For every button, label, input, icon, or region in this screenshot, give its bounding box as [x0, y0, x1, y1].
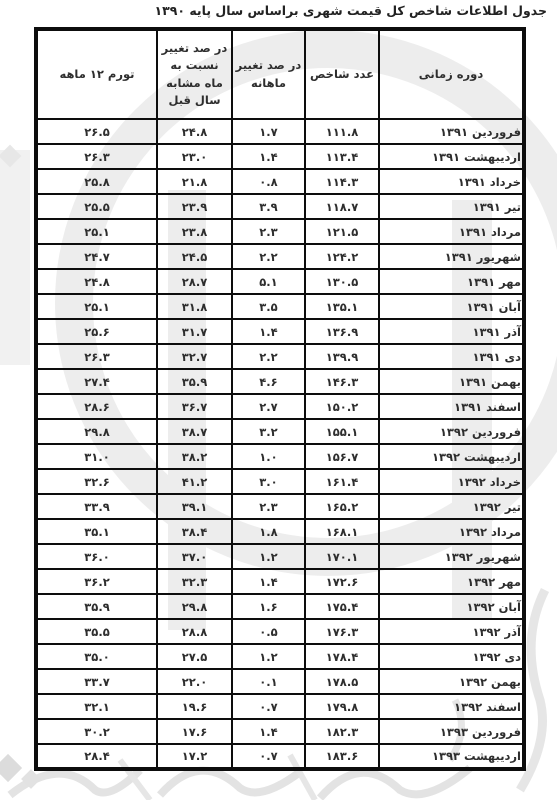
cell-yoy: ۲۸.۸ [157, 619, 232, 644]
header-index: عدد شاخص [305, 29, 379, 119]
cell-period: تیر ۱۳۹۲ [379, 494, 524, 519]
cell-index: ۱۱۱.۸ [305, 119, 379, 144]
cell-infl: ۲۵.۶ [36, 319, 157, 344]
cell-yoy: ۳۱.۸ [157, 294, 232, 319]
cell-monthly: ۳.۹ [232, 194, 305, 219]
table-row: مرداد ۱۳۹۱۱۲۱.۵۲.۳۲۳.۸۲۵.۱ [36, 219, 524, 244]
cell-index: ۱۷۲.۶ [305, 569, 379, 594]
cell-monthly: ۱.۸ [232, 519, 305, 544]
cell-infl: ۲۸.۴ [36, 744, 157, 769]
table-row: تیر ۱۳۹۲۱۶۵.۲۲.۳۳۹.۱۳۳.۹ [36, 494, 524, 519]
header-monthly-change: در صد تغییر ماهانه [232, 29, 305, 119]
table-row: فروردین ۱۳۹۳۱۸۲.۳۱.۴۱۷.۶۳۰.۲ [36, 719, 524, 744]
cell-infl: ۳۵.۱ [36, 519, 157, 544]
cell-monthly: ۳.۲ [232, 419, 305, 444]
cell-monthly: ۴.۶ [232, 369, 305, 394]
cell-yoy: ۲۳.۸ [157, 219, 232, 244]
cell-monthly: ۲.۲ [232, 244, 305, 269]
document-page: جدول اطلاعات شاخص کل قیمت شهری براساس سا… [0, 0, 557, 800]
table-row: دی ۱۳۹۲۱۷۸.۴۱.۲۲۷.۵۳۵.۰ [36, 644, 524, 669]
cell-index: ۱۷۶.۳ [305, 619, 379, 644]
table-row: آبان ۱۳۹۱۱۳۵.۱۳.۵۳۱.۸۲۵.۱ [36, 294, 524, 319]
cell-infl: ۲۶.۳ [36, 344, 157, 369]
cell-infl: ۳۲.۶ [36, 469, 157, 494]
cell-index: ۱۵۶.۷ [305, 444, 379, 469]
cell-index: ۱۶۵.۲ [305, 494, 379, 519]
table-row: خرداد ۱۳۹۱۱۱۴.۳۰.۸۲۱.۸۲۵.۸ [36, 169, 524, 194]
cell-yoy: ۳۶.۷ [157, 394, 232, 419]
table-row: مهر ۱۳۹۲۱۷۲.۶۱.۴۳۲.۳۳۶.۲ [36, 569, 524, 594]
cell-period: مهر ۱۳۹۱ [379, 269, 524, 294]
cell-index: ۱۵۵.۱ [305, 419, 379, 444]
cell-period: آبان ۱۳۹۱ [379, 294, 524, 319]
cell-yoy: ۲۳.۰ [157, 144, 232, 169]
cell-index: ۱۷۹.۸ [305, 694, 379, 719]
cell-yoy: ۳۵.۹ [157, 369, 232, 394]
table-row: بهمن ۱۳۹۲۱۷۸.۵۰.۱۲۲.۰۳۳.۷ [36, 669, 524, 694]
cell-period: اردیبهشت ۱۳۹۲ [379, 444, 524, 469]
cell-yoy: ۲۴.۸ [157, 119, 232, 144]
cell-index: ۱۵۰.۲ [305, 394, 379, 419]
cell-period: مرداد ۱۳۹۱ [379, 219, 524, 244]
cell-infl: ۳۲.۱ [36, 694, 157, 719]
cell-period: شهریور ۱۳۹۱ [379, 244, 524, 269]
table-row: شهریور ۱۳۹۲۱۷۰.۱۱.۲۳۷.۰۳۶.۰ [36, 544, 524, 569]
table-row: تیر ۱۳۹۱۱۱۸.۷۳.۹۲۳.۹۲۵.۵ [36, 194, 524, 219]
cell-yoy: ۲۴.۵ [157, 244, 232, 269]
table-row: دی ۱۳۹۱۱۳۹.۹۲.۲۳۲.۷۲۶.۳ [36, 344, 524, 369]
watermark-band [0, 150, 30, 365]
cell-infl: ۲۴.۸ [36, 269, 157, 294]
cell-index: ۱۶۸.۱ [305, 519, 379, 544]
cell-period: خرداد ۱۳۹۱ [379, 169, 524, 194]
cell-period: آبان ۱۳۹۲ [379, 594, 524, 619]
cell-monthly: ۲.۳ [232, 494, 305, 519]
table-row: اسفند ۱۳۹۲۱۷۹.۸۰.۷۱۹.۶۳۲.۱ [36, 694, 524, 719]
cell-index: ۱۷۰.۱ [305, 544, 379, 569]
cell-yoy: ۳۹.۱ [157, 494, 232, 519]
cell-period: مهر ۱۳۹۲ [379, 569, 524, 594]
table-row: اردیبهشت ۱۳۹۱۱۱۳.۴۱.۴۲۳.۰۲۶.۳ [36, 144, 524, 169]
table-row: اسفند ۱۳۹۱۱۵۰.۲۲.۷۳۶.۷۲۸.۶ [36, 394, 524, 419]
cell-yoy: ۲۹.۸ [157, 594, 232, 619]
cell-infl: ۳۶.۰ [36, 544, 157, 569]
table-row: بهمن ۱۳۹۱۱۴۶.۳۴.۶۳۵.۹۲۷.۴ [36, 369, 524, 394]
cell-yoy: ۲۸.۷ [157, 269, 232, 294]
cell-index: ۱۳۰.۵ [305, 269, 379, 294]
cell-monthly: ۰.۷ [232, 744, 305, 769]
cell-infl: ۲۸.۶ [36, 394, 157, 419]
cell-yoy: ۱۷.۶ [157, 719, 232, 744]
cell-monthly: ۲.۷ [232, 394, 305, 419]
table-row: فروردین ۱۳۹۱۱۱۱.۸۱.۷۲۴.۸۲۶.۵ [36, 119, 524, 144]
cell-monthly: ۲.۳ [232, 219, 305, 244]
table-row: فروردین ۱۳۹۲۱۵۵.۱۳.۲۳۸.۷۲۹.۸ [36, 419, 524, 444]
cell-infl: ۲۵.۱ [36, 294, 157, 319]
cell-yoy: ۳۱.۷ [157, 319, 232, 344]
table-row: مرداد ۱۳۹۲۱۶۸.۱۱.۸۳۸.۴۳۵.۱ [36, 519, 524, 544]
cell-yoy: ۲۷.۵ [157, 644, 232, 669]
cell-index: ۱۸۲.۳ [305, 719, 379, 744]
cell-period: شهریور ۱۳۹۲ [379, 544, 524, 569]
cell-index: ۱۴۶.۳ [305, 369, 379, 394]
cell-period: آذر ۱۳۹۱ [379, 319, 524, 344]
table-body: فروردین ۱۳۹۱۱۱۱.۸۱.۷۲۴.۸۲۶.۵اردیبهشت ۱۳۹… [36, 119, 524, 769]
table-row: شهریور ۱۳۹۱۱۲۴.۲۲.۲۲۴.۵۲۴.۷ [36, 244, 524, 269]
cell-period: بهمن ۱۳۹۱ [379, 369, 524, 394]
cell-period: دی ۱۳۹۱ [379, 344, 524, 369]
cell-monthly: ۰.۱ [232, 669, 305, 694]
cell-monthly: ۳.۵ [232, 294, 305, 319]
price-index-table: دوره زمانی عدد شاخص در صد تغییر ماهانه د… [34, 27, 526, 771]
cell-infl: ۳۶.۲ [36, 569, 157, 594]
cell-infl: ۳۱.۰ [36, 444, 157, 469]
cell-monthly: ۱.۴ [232, 719, 305, 744]
cell-period: اسفند ۱۳۹۲ [379, 694, 524, 719]
table-row: مهر ۱۳۹۱۱۳۰.۵۵.۱۲۸.۷۲۴.۸ [36, 269, 524, 294]
cell-monthly: ۱.۶ [232, 594, 305, 619]
cell-yoy: ۳۸.۷ [157, 419, 232, 444]
table-header-row: دوره زمانی عدد شاخص در صد تغییر ماهانه د… [36, 29, 524, 119]
cell-monthly: ۰.۵ [232, 619, 305, 644]
table-row: آبان ۱۳۹۲۱۷۵.۴۱.۶۲۹.۸۳۵.۹ [36, 594, 524, 619]
cell-infl: ۲۴.۷ [36, 244, 157, 269]
cell-period: اردیبهشت ۱۳۹۳ [379, 744, 524, 769]
cell-yoy: ۱۷.۲ [157, 744, 232, 769]
cell-index: ۱۶۱.۴ [305, 469, 379, 494]
header-yoy-change: در صد تغییر نسبت به ماه مشابه سال قبل [157, 29, 232, 119]
cell-period: اسفند ۱۳۹۱ [379, 394, 524, 419]
cell-yoy: ۳۲.۳ [157, 569, 232, 594]
cell-yoy: ۴۱.۲ [157, 469, 232, 494]
cell-infl: ۳۵.۰ [36, 644, 157, 669]
cell-infl: ۲۵.۱ [36, 219, 157, 244]
cell-yoy: ۱۹.۶ [157, 694, 232, 719]
table-row: اردیبهشت ۱۳۹۲۱۵۶.۷۱.۰۳۸.۲۳۱.۰ [36, 444, 524, 469]
cell-index: ۱۱۴.۳ [305, 169, 379, 194]
page-title: جدول اطلاعات شاخص کل قیمت شهری براساس سا… [154, 3, 547, 18]
cell-infl: ۳۳.۹ [36, 494, 157, 519]
cell-index: ۱۱۸.۷ [305, 194, 379, 219]
cell-period: فروردین ۱۳۹۱ [379, 119, 524, 144]
cell-index: ۱۷۵.۴ [305, 594, 379, 619]
cell-period: فروردین ۱۳۹۳ [379, 719, 524, 744]
cell-period: تیر ۱۳۹۱ [379, 194, 524, 219]
cell-index: ۱۷۸.۴ [305, 644, 379, 669]
cell-period: آذر ۱۳۹۲ [379, 619, 524, 644]
cell-index: ۱۱۳.۴ [305, 144, 379, 169]
table-row: خرداد ۱۳۹۲۱۶۱.۴۳.۰۴۱.۲۳۲.۶ [36, 469, 524, 494]
cell-index: ۱۳۹.۹ [305, 344, 379, 369]
cell-infl: ۲۹.۸ [36, 419, 157, 444]
header-period: دوره زمانی [379, 29, 524, 119]
cell-monthly: ۱.۲ [232, 644, 305, 669]
cell-monthly: ۱.۲ [232, 544, 305, 569]
cell-yoy: ۳۷.۰ [157, 544, 232, 569]
cell-period: بهمن ۱۳۹۲ [379, 669, 524, 694]
cell-monthly: ۱.۷ [232, 119, 305, 144]
cell-infl: ۳۳.۷ [36, 669, 157, 694]
table-row: آذر ۱۳۹۱۱۳۶.۹۱.۴۳۱.۷۲۵.۶ [36, 319, 524, 344]
cell-period: مرداد ۱۳۹۲ [379, 519, 524, 544]
table-row: آذر ۱۳۹۲۱۷۶.۳۰.۵۲۸.۸۳۵.۵ [36, 619, 524, 644]
cell-yoy: ۲۱.۸ [157, 169, 232, 194]
cell-index: ۱۷۸.۵ [305, 669, 379, 694]
cell-yoy: ۲۳.۹ [157, 194, 232, 219]
cell-period: فروردین ۱۳۹۲ [379, 419, 524, 444]
cell-index: ۱۲۱.۵ [305, 219, 379, 244]
cell-monthly: ۱.۴ [232, 569, 305, 594]
cell-monthly: ۰.۷ [232, 694, 305, 719]
cell-infl: ۲۵.۵ [36, 194, 157, 219]
cell-infl: ۲۷.۴ [36, 369, 157, 394]
cell-monthly: ۳.۰ [232, 469, 305, 494]
cell-index: ۱۸۳.۶ [305, 744, 379, 769]
cell-index: ۱۲۴.۲ [305, 244, 379, 269]
cell-monthly: ۵.۱ [232, 269, 305, 294]
cell-period: دی ۱۳۹۲ [379, 644, 524, 669]
cell-yoy: ۳۸.۴ [157, 519, 232, 544]
cell-monthly: ۱.۰ [232, 444, 305, 469]
cell-period: خرداد ۱۳۹۲ [379, 469, 524, 494]
header-12m-inflation: تورم ۱۲ ماهه [36, 29, 157, 119]
cell-infl: ۳۵.۹ [36, 594, 157, 619]
cell-infl: ۲۵.۸ [36, 169, 157, 194]
cell-yoy: ۳۲.۷ [157, 344, 232, 369]
cell-yoy: ۳۸.۲ [157, 444, 232, 469]
cell-infl: ۳۰.۲ [36, 719, 157, 744]
cell-infl: ۳۵.۵ [36, 619, 157, 644]
cell-yoy: ۲۲.۰ [157, 669, 232, 694]
cell-period: اردیبهشت ۱۳۹۱ [379, 144, 524, 169]
cell-infl: ۲۶.۵ [36, 119, 157, 144]
cell-infl: ۲۶.۳ [36, 144, 157, 169]
table-row: اردیبهشت ۱۳۹۳۱۸۳.۶۰.۷۱۷.۲۲۸.۴ [36, 744, 524, 769]
cell-monthly: ۰.۸ [232, 169, 305, 194]
cell-monthly: ۱.۴ [232, 144, 305, 169]
cell-index: ۱۳۶.۹ [305, 319, 379, 344]
cell-monthly: ۱.۴ [232, 319, 305, 344]
cell-index: ۱۳۵.۱ [305, 294, 379, 319]
cell-monthly: ۲.۲ [232, 344, 305, 369]
